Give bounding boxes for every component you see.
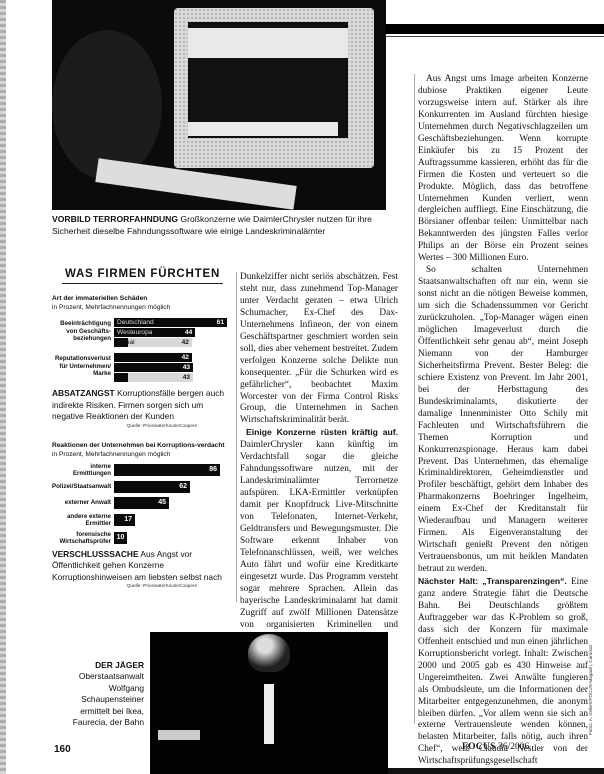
damage-type-chart: Beeinträchtigung von Geschäfts-beziehung… [52, 318, 227, 383]
infobox: WAS FIRMEN FÜRCHTEN Art der immaterielle… [52, 268, 227, 589]
infobox-title: WAS FIRMEN FÜRCHTEN [62, 268, 223, 284]
chart2-title: Reaktionen der Unternehmen bei Korruptio… [52, 441, 227, 459]
bar-deutschland: 42 [114, 353, 192, 362]
chart2-source: Quelle: PricewaterhouseCoopers [52, 584, 227, 589]
magazine-footer: FOCUS 36/2006 [462, 742, 529, 752]
bottom-border [388, 768, 604, 774]
chart2-caption: VERSCHLUSSSACHE Aus Angst vor Öffentlich… [52, 549, 227, 584]
person-silhouette [52, 30, 162, 180]
article-column-middle: Dunkelziffer nicht seriös abschätzen. Fe… [236, 272, 398, 602]
paragraph: Dunkelziffer nicht seriös abschätzen. Fe… [240, 272, 398, 427]
prosecutor-portrait-photo [150, 632, 388, 774]
chart2-row: Polizei/Staatsanwalt 62 [52, 481, 227, 493]
bar-westeuropa: Westeuropa44 [114, 328, 195, 337]
chart1-title: Art der immateriellen Schäden in Prozent… [52, 294, 227, 312]
chart2-row: andere externe Ermittler 17 [52, 513, 227, 527]
chart1-caption: ABSATZANGST Korruptionsfälle bergen auch… [52, 388, 227, 423]
chart2-row: forensische Wirtschaftsprüfer 10 [52, 531, 227, 545]
chart1-source: Quelle: PricewaterhouseCoopers [52, 424, 227, 429]
bottom-photo-caption: DER JÄGER Oberstaatsanwalt Wolfgang Scha… [54, 660, 144, 728]
reactions-chart: interne Ermittlungen 86 Polizei/Staatsan… [52, 463, 227, 545]
paragraph: So schalten Unternehmen Staatsanwaltscha… [418, 265, 588, 576]
page-edge-shadow [0, 0, 6, 774]
header-rule-thin [386, 36, 604, 37]
chart1-group: Beeinträchtigung von Geschäfts-beziehung… [52, 318, 227, 348]
monitor-graphic [174, 8, 374, 168]
paragraph: Aus Angst ums Image arbeiten Konzerne du… [418, 74, 588, 265]
header-rule [386, 24, 604, 34]
bar-global: 43 [114, 373, 193, 382]
top-photo-caption: VORBILD TERRORFAHNDUNG Großkonzerne wie … [52, 213, 392, 237]
bar-global: global42 [114, 338, 192, 347]
bar-westeuropa: 43 [114, 363, 193, 372]
photo-credit: Fotos: A. Gebert/FOCUS-Magazin, Caro/xxx [588, 645, 593, 735]
paragraph: Einige Konzerne rüsten kräftig auf. Daim… [240, 427, 398, 643]
chart2-row: externer Anwalt 45 [52, 497, 227, 509]
terror-search-photo [52, 0, 386, 210]
page-number: 160 [54, 744, 71, 755]
chart1-group: Reputationsverlust für Unternehmen/ Mark… [52, 353, 227, 383]
article-column-right: Aus Angst ums Image arbeiten Konzerne du… [414, 74, 588, 724]
chart2-row: interne Ermittlungen 86 [52, 463, 227, 477]
bar-deutschland: Deutschland61 [114, 318, 227, 327]
